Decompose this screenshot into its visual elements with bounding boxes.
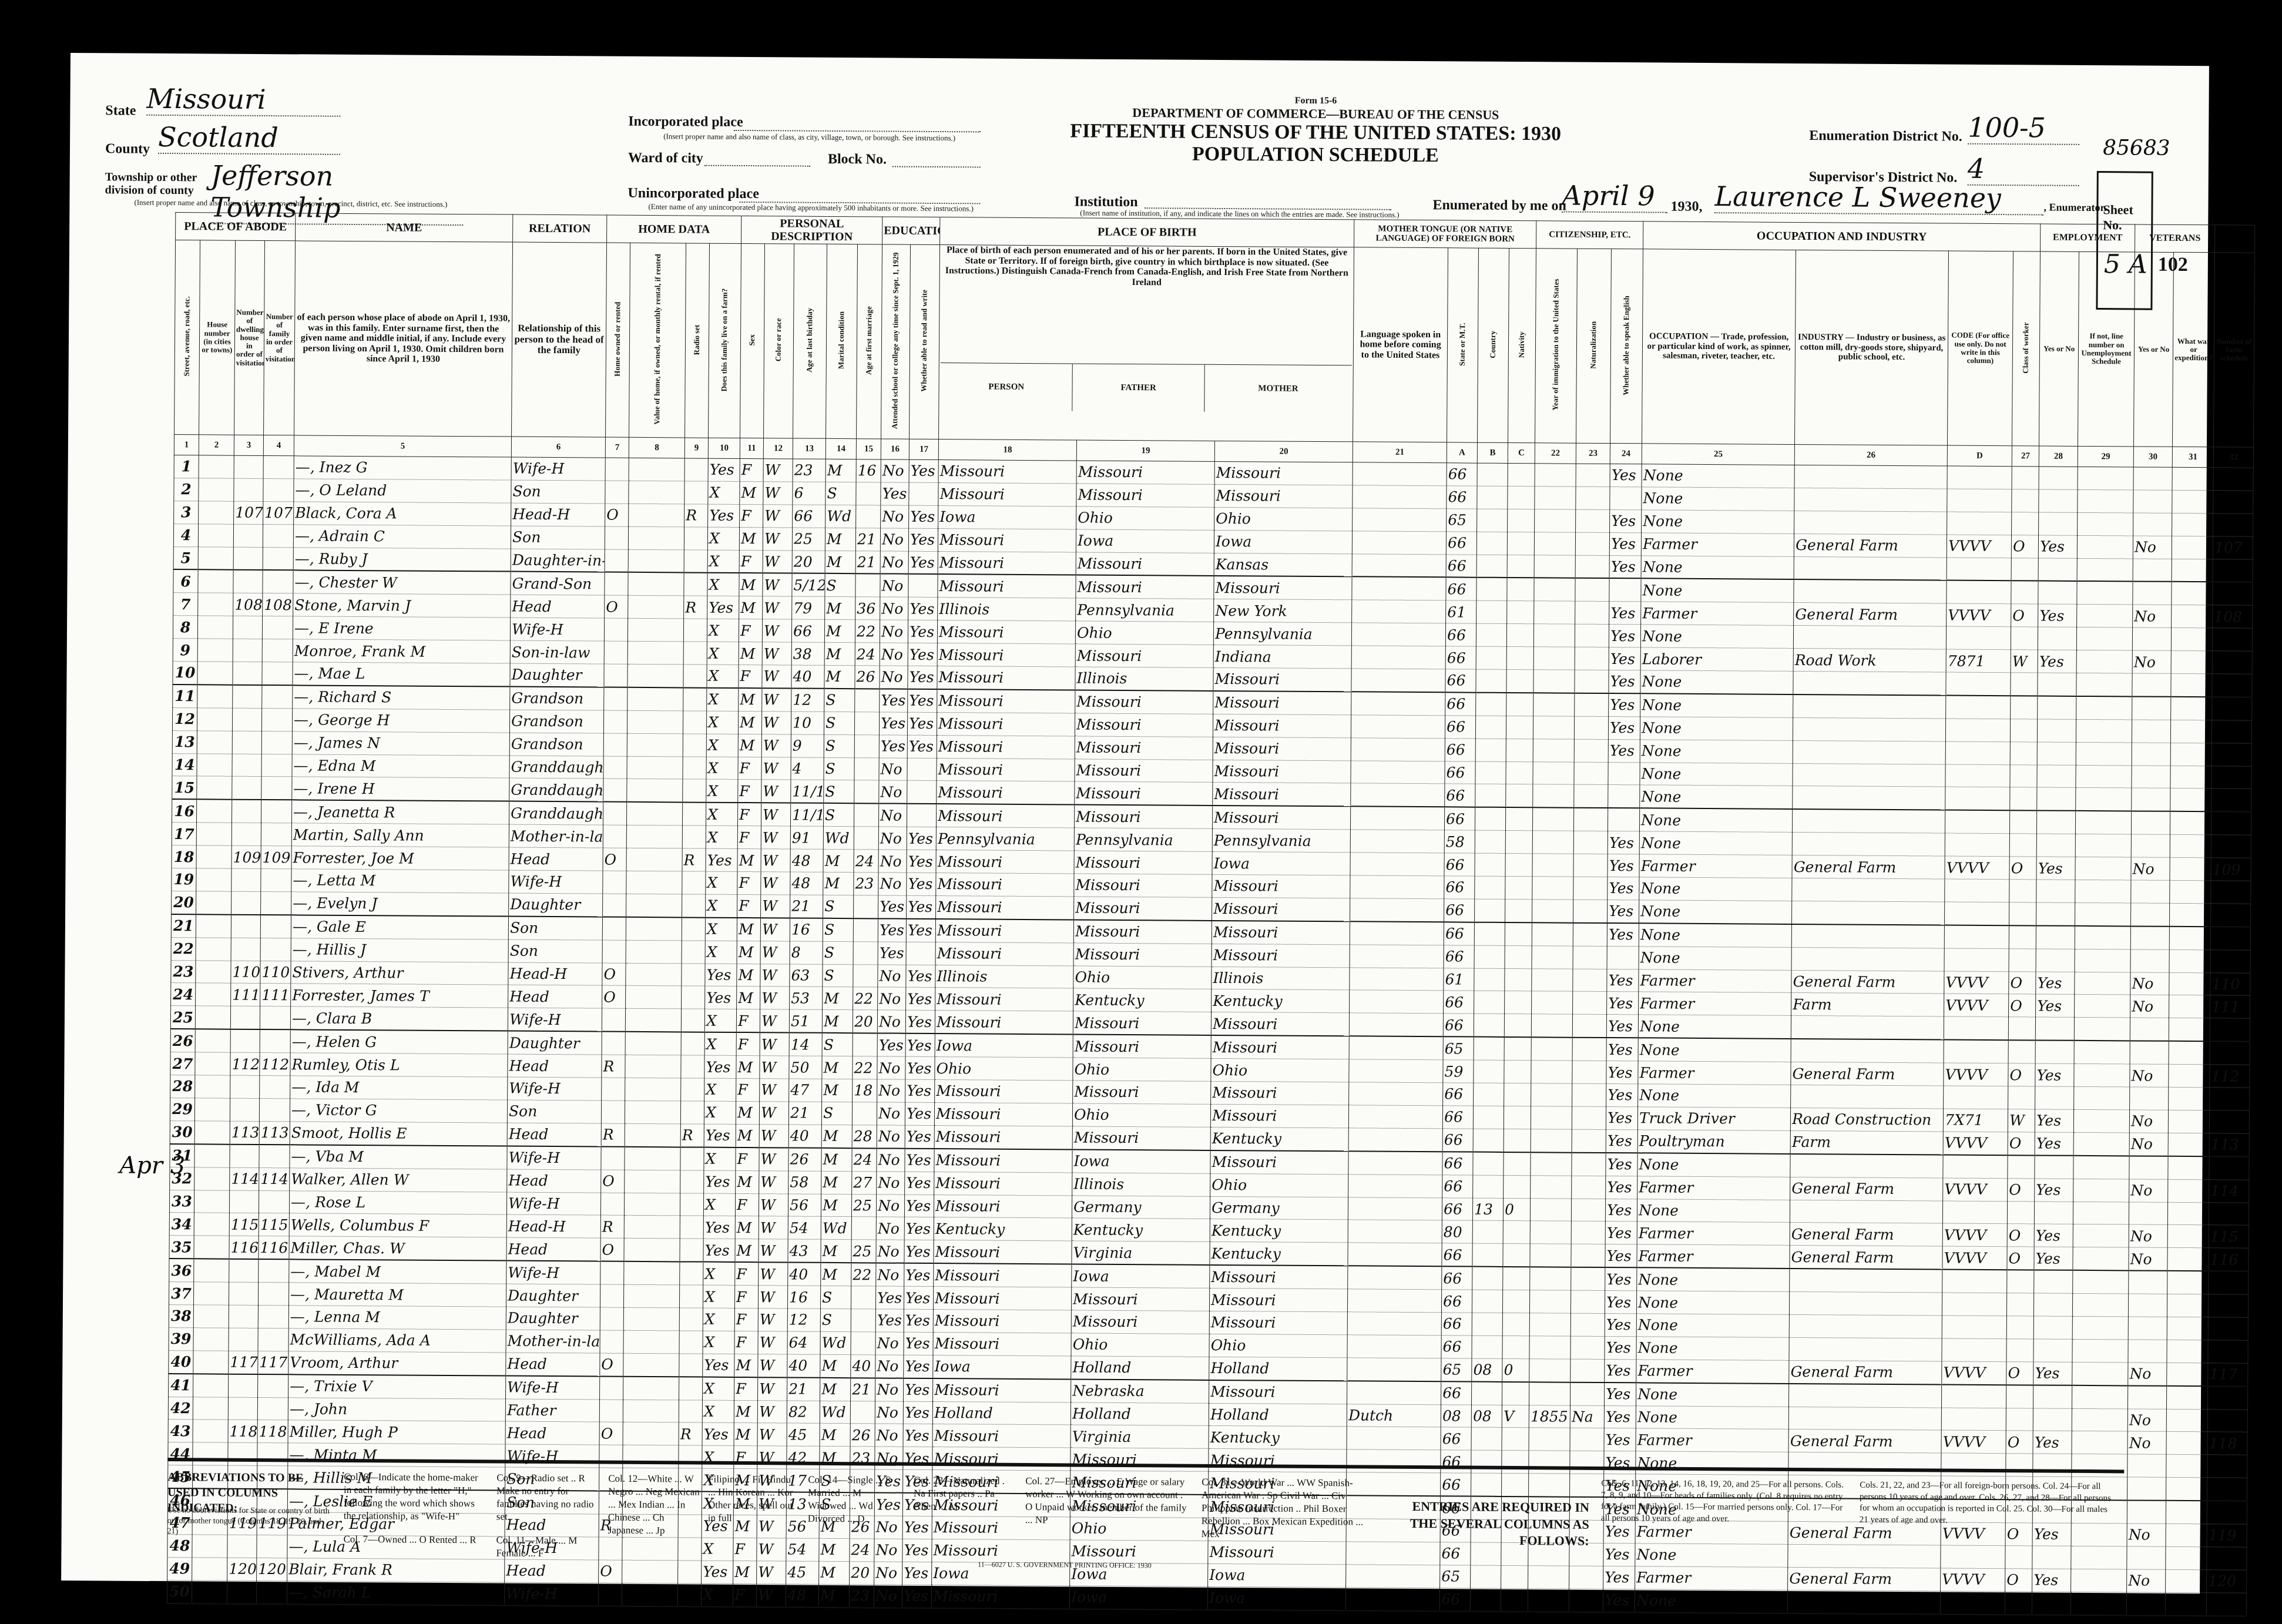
cell-ln: 1	[174, 455, 199, 478]
cell-cd	[1940, 1591, 2005, 1615]
cell-radio	[682, 871, 706, 894]
cell-mar: M	[821, 1263, 851, 1286]
cell-age: 40	[788, 1263, 821, 1286]
cell-cd	[1941, 1408, 2006, 1431]
cell-cC	[1502, 1382, 1529, 1405]
cell-bp: Holland	[932, 1401, 1070, 1425]
cell-own	[604, 664, 627, 687]
cell-work	[2039, 512, 2078, 535]
cell-age: 26	[788, 1147, 821, 1171]
cell-bp: Missouri	[933, 1378, 1071, 1402]
cell-age: 23	[793, 459, 825, 482]
cell-bpm: Ohio	[1209, 1334, 1347, 1357]
cell-dw: 112	[230, 1052, 260, 1075]
cell-radio	[681, 1055, 704, 1078]
cell-ind	[1793, 740, 1945, 764]
cell-ln: 4	[173, 524, 198, 546]
cell-empty	[627, 733, 683, 756]
cell-age: 56	[788, 1193, 821, 1216]
cell-imm	[1534, 601, 1575, 624]
cell-empty	[625, 1170, 680, 1193]
cell-mar: S	[820, 1308, 851, 1331]
cell-rel: Head	[505, 1421, 599, 1445]
cell-cA: 80	[1442, 1220, 1472, 1243]
cell-farm: X	[703, 1331, 734, 1354]
cell-mar: M	[825, 551, 855, 574]
cell-read: Yes	[905, 1034, 935, 1057]
cell-unemp	[2075, 880, 2131, 902]
cell-fam: 109	[261, 846, 291, 869]
cell-radio	[680, 1193, 703, 1216]
cell-eng: Yes	[1605, 1291, 1637, 1314]
cell-cA: 66	[1445, 646, 1476, 669]
cell-eng: Yes	[1605, 1313, 1636, 1336]
cell-war	[2171, 650, 2212, 673]
cell-cd	[1945, 902, 2009, 925]
cell-farm: X	[707, 550, 739, 573]
cell-fam	[261, 708, 292, 731]
cell-agem: 24	[852, 1148, 877, 1172]
cell-tongue	[1349, 1013, 1443, 1036]
col-27-header: Class of worker	[2012, 251, 2041, 446]
cell-dw: 115	[229, 1213, 259, 1236]
group-relation: RELATION	[513, 214, 607, 243]
cell-tongue	[1352, 553, 1446, 577]
cell-war	[2169, 972, 2210, 995]
cell-vet	[2132, 696, 2171, 720]
cell-radio	[677, 1583, 701, 1607]
cell-imm	[1528, 1588, 1569, 1612]
cell-fs	[2207, 1501, 2247, 1524]
cell-race: W	[763, 527, 792, 550]
cell-race: W	[760, 918, 790, 941]
cell-work	[2037, 719, 2076, 742]
group-home-data: HOME DATA	[607, 215, 741, 243]
cell-ind	[1790, 1291, 1942, 1315]
cell-race: W	[761, 826, 790, 849]
cell-bpm: Ohio	[1210, 1173, 1348, 1197]
cell-imm	[1530, 1198, 1571, 1221]
cell-cA: 66	[1442, 1266, 1472, 1290]
col-20-header: MOTHER	[1204, 364, 1352, 412]
cell-cB	[1476, 669, 1506, 693]
abbreviations-footer: ABBREVIATIONS TO BE USED IN COLUMNS INDI…	[167, 1458, 2124, 1585]
cell-fs: 113	[2209, 1133, 2249, 1157]
cell-fam: 117	[258, 1351, 288, 1374]
cell-radio	[684, 573, 707, 596]
cell-eng: Yes	[1606, 1061, 1638, 1084]
cell-fs	[2210, 927, 2250, 950]
cell-ind: General Farm	[1794, 533, 1947, 557]
cell-fs	[2207, 1409, 2247, 1432]
cell-imm	[1533, 808, 1574, 831]
col-28-header: Yes or No	[2039, 251, 2079, 446]
cell-agem: 18	[853, 1079, 877, 1102]
cell-ln: 29	[170, 1098, 194, 1121]
cell-cA: 66	[1442, 1197, 1472, 1220]
cell-agem	[853, 918, 878, 942]
cell-read: Yes	[904, 1194, 934, 1217]
cell-radio	[679, 1308, 703, 1331]
cell-sex: F	[735, 1262, 759, 1286]
cell-bp: Missouri	[934, 1102, 1072, 1126]
cell-bp: Missouri	[934, 1149, 1072, 1173]
cell-eng: Yes	[1606, 1153, 1637, 1176]
cell-cls	[2012, 489, 2039, 512]
cell-sex: M	[740, 481, 763, 504]
cell-own	[603, 802, 627, 826]
cell-cB	[1474, 1060, 1504, 1083]
cell-rel: Daughter	[506, 1284, 600, 1307]
cell-ln: 3	[174, 501, 199, 524]
cell-eng: Yes	[1604, 1428, 1636, 1451]
cell-tongue	[1348, 1174, 1442, 1197]
cell-own	[605, 526, 628, 549]
cell-occ: Poultryman	[1637, 1130, 1790, 1154]
cell-empty	[629, 504, 684, 526]
cell-ind	[1793, 786, 1945, 810]
cell-eng: Yes	[1608, 854, 1639, 877]
cell-eng: Yes	[1606, 1038, 1638, 1061]
cell-unemp	[2076, 650, 2132, 673]
state-label: State	[105, 103, 136, 119]
cell-empty	[625, 1123, 680, 1147]
cell-mar: M	[821, 1240, 851, 1263]
col-29-header: If not, line number on Unemployment Sche…	[2078, 251, 2135, 447]
cell-imm	[1531, 1175, 1572, 1198]
cell-war	[2172, 559, 2213, 582]
cell-unemp	[2073, 1109, 2129, 1132]
cell-tongue	[1348, 1105, 1442, 1129]
cell-cA: 66	[1447, 486, 1477, 509]
cell-occ: None	[1636, 1314, 1789, 1337]
cell-fs	[2208, 1340, 2248, 1363]
cell-empty	[626, 940, 682, 963]
cell-sch: No	[878, 987, 906, 1010]
cell-read: Yes	[906, 988, 935, 1011]
cell-bp: Missouri	[936, 873, 1074, 897]
cell-ind	[1793, 717, 1946, 741]
cell-vet: No	[2129, 1247, 2167, 1271]
cell-unemp	[2076, 719, 2132, 742]
cell-own: O	[605, 595, 628, 618]
cell-occ: Farmer	[1641, 533, 1794, 556]
cell-cA: 66	[1439, 1588, 1470, 1611]
cell-cB	[1474, 1083, 1504, 1106]
cell-imm	[1533, 716, 1575, 739]
cell-empty	[627, 619, 683, 642]
cell-empty	[627, 687, 683, 711]
cell-farm: X	[706, 803, 738, 826]
cell-ln: 2	[174, 478, 199, 501]
cell-ln: 8	[173, 616, 197, 639]
cell-agem: 26	[850, 1424, 875, 1447]
cell-eng: Yes	[1610, 464, 1642, 487]
cell-tongue	[1351, 623, 1445, 646]
cell-nat	[1571, 1222, 1605, 1244]
cell-empty	[627, 641, 683, 664]
cell-fs	[2211, 904, 2251, 927]
cell-age: 66	[791, 619, 824, 642]
cell-fam	[262, 662, 293, 686]
cell-cC	[1507, 532, 1534, 555]
cell-cB	[1475, 716, 1506, 739]
cell-bp: Missouri	[935, 988, 1073, 1011]
cell-imm	[1531, 1106, 1572, 1129]
cell-ind	[1793, 626, 1946, 649]
cell-cC	[1505, 831, 1532, 854]
cell-cA: 58	[1444, 830, 1475, 853]
cell-nat	[1575, 532, 1609, 555]
cell-ln: 18	[172, 845, 196, 868]
cell-tongue	[1348, 1128, 1442, 1152]
cell-cB	[1472, 1267, 1503, 1290]
cell-sch: No	[881, 459, 909, 482]
cell-age: 14	[789, 1033, 822, 1056]
cell-mar: M	[820, 1354, 851, 1378]
cell-ind: General Farm	[1792, 855, 1945, 879]
cell-work	[2035, 1017, 2074, 1041]
cell-vet	[2130, 949, 2169, 972]
cell-work	[2036, 880, 2075, 902]
cell-cd: VVVV	[1944, 971, 2009, 995]
cell-bpm: Missouri	[1214, 461, 1353, 485]
cell-fam	[261, 869, 291, 892]
census-sheet: 85683 State Missouri County Scotland Tow…	[61, 53, 2209, 1593]
cell-bpf: Missouri	[1074, 874, 1212, 897]
cell-sch: No	[877, 1010, 905, 1034]
cell-ind	[1789, 1314, 1942, 1338]
cell-imm	[1531, 1083, 1572, 1106]
cell-bpm: Missouri	[1213, 760, 1351, 783]
cell-occ: None	[1640, 670, 1793, 694]
cell-sch: No	[877, 1079, 905, 1102]
cell-sch: No	[878, 850, 907, 873]
cell-bp: Missouri	[937, 643, 1075, 667]
cell-race: W	[760, 964, 790, 987]
cell-imm	[1530, 1221, 1571, 1244]
cell-cls	[2008, 1086, 2035, 1109]
cell-own	[600, 1307, 623, 1330]
cell-name: Miller, Chas. W	[289, 1236, 506, 1261]
cell-agem	[850, 1401, 875, 1424]
cell-war	[2169, 1065, 2210, 1088]
col-26-header: INDUSTRY — Industry or business, as cott…	[1795, 250, 1949, 445]
cell-dw: 116	[229, 1236, 259, 1259]
cell-occ: Farmer	[1641, 602, 1794, 625]
cell-radio	[681, 1032, 704, 1056]
cell-empty	[623, 1307, 679, 1330]
cell-cB: 08	[1472, 1358, 1502, 1382]
incorporated-hint: (Insert proper name and also name of cla…	[663, 132, 955, 143]
cell-sch: No	[876, 1240, 904, 1263]
cell-dw: 107	[234, 501, 263, 524]
cell-rel: Head	[511, 595, 605, 618]
cell-work: Yes	[2036, 972, 2075, 995]
cell-empty	[196, 960, 231, 983]
cell-dw	[232, 708, 261, 731]
cell-cls	[2008, 1040, 2035, 1063]
cell-rel: Granddaughter	[509, 779, 603, 802]
cell-fs	[2211, 812, 2251, 836]
cell-agem: 40	[851, 1354, 875, 1378]
cell-agem: 25	[851, 1240, 876, 1263]
cell-bpf: Missouri	[1072, 1126, 1210, 1150]
cell-age: 51	[789, 1009, 822, 1033]
cell-name: —, Lenna M	[288, 1306, 506, 1330]
cell-race: W	[762, 688, 791, 712]
cell-sex: F	[738, 803, 761, 826]
cell-nat	[1575, 555, 1609, 579]
cell-farm: X	[707, 573, 739, 596]
cell-farm: X	[707, 619, 739, 642]
cell-cd: VVVV	[1943, 1178, 2008, 1202]
cell-sch: No	[875, 1332, 904, 1355]
cell-sch: Yes	[878, 918, 906, 942]
cell-empty	[197, 616, 233, 639]
cell-own	[603, 779, 627, 803]
cell-empty	[626, 986, 682, 1009]
cell-name: —, Edna M	[292, 754, 509, 778]
cell-cA: 66	[1446, 578, 1476, 601]
cell-bp: Missouri	[938, 551, 1076, 575]
column-number: 3	[234, 435, 263, 455]
cell-radio	[680, 1285, 703, 1308]
cell-imm	[1531, 1061, 1572, 1083]
cell-read: Yes	[904, 1355, 933, 1378]
cell-name: —, Gale E	[291, 915, 508, 939]
cell-fam	[263, 570, 293, 593]
cell-rel: Grand-Son	[511, 572, 605, 595]
cell-cB	[1475, 807, 1506, 831]
cell-name: —, Trixie V	[288, 1374, 506, 1399]
cell-cC	[1504, 1152, 1531, 1176]
cell-sch: No	[877, 1102, 905, 1125]
cell-mar: S	[823, 964, 853, 987]
cell-bpf: Missouri	[1075, 781, 1213, 806]
cell-radio: R	[679, 1422, 702, 1445]
col6-note: Col. 6—Indicate the home-maker in each f…	[344, 1471, 479, 1524]
cell-imm: 1855	[1529, 1405, 1570, 1428]
cell-ind	[1794, 579, 1947, 603]
cell-nat	[1573, 969, 1607, 992]
cell-race: W	[760, 1056, 789, 1079]
cell-own	[605, 549, 628, 573]
cell-ln: 33	[169, 1190, 194, 1213]
cell-fam	[261, 777, 292, 800]
group-farm-schedule	[2215, 225, 2255, 253]
cell-vet	[2132, 788, 2170, 811]
cell-empty	[627, 756, 683, 779]
cell-bpf: Virginia	[1070, 1425, 1209, 1448]
cell-ind	[1789, 1337, 1942, 1361]
cell-unemp	[2072, 1362, 2128, 1385]
cell-cA: 65	[1441, 1358, 1472, 1382]
cell-agem	[854, 734, 879, 757]
cell-ln: 36	[169, 1259, 194, 1282]
unincorporated-hint: (Enter name of any unincorporated place …	[648, 202, 974, 213]
cell-sch: Yes	[875, 1309, 904, 1332]
cell-eng: Yes	[1609, 647, 1640, 670]
cell-mar: Wd	[823, 827, 854, 850]
cell-ind: Road Work	[1793, 649, 1946, 672]
cell-bp: Missouri	[933, 1309, 1071, 1333]
cell-own	[605, 458, 629, 481]
cell-bpm: Ohio	[1214, 507, 1353, 531]
cell-agem	[855, 574, 880, 598]
cell-sex: M	[739, 573, 763, 596]
group-citizenship: CITIZENSHIP, ETC.	[1536, 221, 1643, 249]
cell-fam	[259, 1098, 290, 1121]
cell-farm: X	[705, 917, 737, 941]
cell-bpm: Missouri	[1210, 1104, 1348, 1128]
cell-empty	[623, 1400, 679, 1422]
cell-ind: General Farm	[1789, 1360, 1942, 1384]
cell-bpm: Holland	[1209, 1357, 1347, 1381]
cell-unemp	[2072, 1316, 2128, 1339]
cell-empty	[624, 1239, 680, 1262]
cell-work: Yes	[2035, 1109, 2073, 1132]
col-14-header: Marital condition	[826, 244, 858, 438]
cell-vet	[2128, 1385, 2167, 1409]
cell-own: O	[603, 848, 626, 871]
cell-age: 4	[791, 757, 824, 780]
cell-fam: 111	[260, 984, 291, 1006]
cell-fs	[2209, 1156, 2249, 1180]
cell-bpf: Pennsylvania	[1074, 828, 1212, 851]
cell-bp: Missouri	[935, 1011, 1073, 1035]
cell-cB	[1476, 623, 1506, 646]
cell-occ: None	[1642, 464, 1794, 488]
cell-ln: 39	[169, 1327, 193, 1350]
cell-race: W	[759, 1102, 788, 1125]
cell-vet	[2127, 1454, 2166, 1477]
cell-war	[2170, 743, 2211, 766]
cell-mar: M	[818, 1584, 849, 1608]
cell-unemp	[2075, 972, 2130, 995]
cell-radio	[684, 527, 707, 550]
cell-occ: None	[1637, 1291, 1790, 1314]
cell-name: Walker, Allen W	[290, 1167, 507, 1192]
cell-work: Yes	[2033, 1431, 2072, 1454]
cell-cB	[1472, 1221, 1503, 1244]
cell-eng: Yes	[1608, 739, 1640, 762]
cell-sch: No	[878, 873, 907, 895]
cell-rel: Wife-H	[507, 1146, 601, 1169]
cell-tongue	[1347, 1312, 1441, 1336]
cell-cd	[1945, 787, 2010, 810]
cell-cls: O	[2008, 1178, 2035, 1201]
cell-age: 43	[788, 1239, 821, 1263]
cell-own: O	[602, 986, 626, 1009]
cell-eng: Yes	[1605, 1267, 1637, 1291]
cell-bp: Missouri	[937, 804, 1075, 828]
cell-read: Yes	[907, 895, 936, 919]
cell-farm: X	[706, 871, 737, 894]
cell-occ: Laborer	[1640, 647, 1793, 671]
cell-bpm: Missouri	[1213, 667, 1351, 692]
cell-cd	[1945, 879, 2009, 902]
cell-nat	[1575, 670, 1609, 693]
cell-cls: O	[2007, 1247, 2034, 1270]
cell-cd	[1945, 833, 2009, 857]
cell-fs: 107	[2213, 536, 2253, 559]
cell-cB	[1470, 1588, 1501, 1612]
cell-eng: Yes	[1606, 1176, 1637, 1199]
cell-farm: X	[706, 757, 738, 780]
cell-unemp	[2077, 605, 2133, 628]
cell-occ: None	[1640, 762, 1793, 786]
